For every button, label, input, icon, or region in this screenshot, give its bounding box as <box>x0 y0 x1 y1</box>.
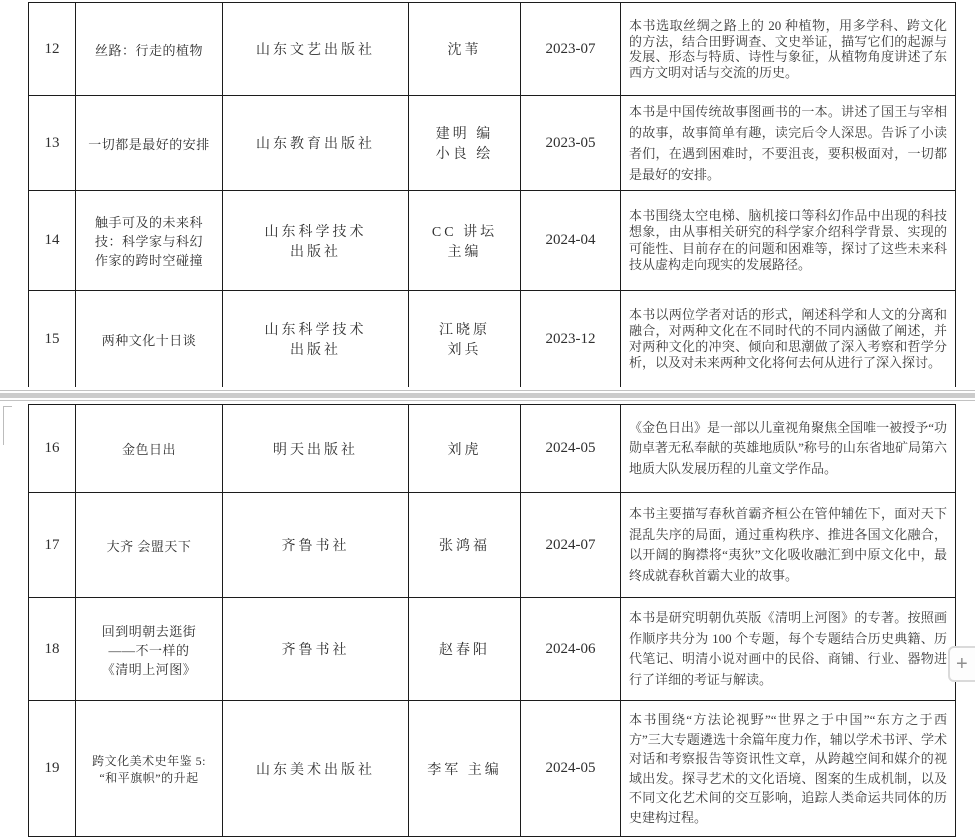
cell-number[interactable]: 19 <box>29 701 76 837</box>
table-row: 17 大齐 会盟天下 齐鲁书社 张鸿福 2024-07 本书主要描写春秋首霸齐桓… <box>29 493 956 598</box>
cell-publisher[interactable]: 山东文艺出版社 <box>223 3 409 96</box>
cell-title[interactable]: 一切都是最好的安排 <box>76 96 223 191</box>
cell-date[interactable]: 2023-07 <box>521 3 621 96</box>
cell-number[interactable]: 16 <box>29 405 76 493</box>
cell-publisher[interactable]: 山东教育出版社 <box>223 96 409 191</box>
cell-description[interactable]: 《金色日出》是一部以儿童视角聚焦全国唯一被授予“功勋卓著无私奉献的英雄地质队”称… <box>621 405 956 493</box>
cell-description[interactable]: 本书围绕太空电梯、脑机接口等科幻作品中出现的科技想象，由从事相关研究的科学家介绍… <box>621 191 956 291</box>
cell-author[interactable]: 建明 编 小良 绘 <box>409 96 521 191</box>
page-break-band <box>0 393 975 398</box>
page-break-line-top <box>0 390 975 391</box>
cell-author[interactable]: 沈苇 <box>409 3 521 96</box>
cell-publisher[interactable]: 山东美术出版社 <box>223 701 409 837</box>
page-break-indicator <box>0 387 975 404</box>
cell-number[interactable]: 18 <box>29 598 76 701</box>
cell-description[interactable]: 本书选取丝绸之路上的 20 种植物，用多学科、跨文化的方法，结合田野调查、文史举… <box>621 3 956 96</box>
table-row: 13 一切都是最好的安排 山东教育出版社 建明 编 小良 绘 2023-05 本… <box>29 96 956 191</box>
cell-description[interactable]: 本书以两位学者对话的形式，阐述科学和人文的分离和融合，对两种文化在不同时代的不同… <box>621 291 956 388</box>
cell-title[interactable]: 触手可及的未来科 技：科学家与科幻 作家的跨时空碰撞 <box>76 191 223 291</box>
cell-title[interactable]: 回到明朝去逛街 ——不一样的 《清明上河图》 <box>76 598 223 701</box>
cell-publisher[interactable]: 山东科学技术 出版社 <box>223 291 409 388</box>
cell-publisher[interactable]: 山东科学技术 出版社 <box>223 191 409 291</box>
table-row: 15 两种文化十日谈 山东科学技术 出版社 江晓原 刘兵 2023-12 本书以… <box>29 291 956 388</box>
table-row: 19 跨文化美术史年鉴 5: “和平旗帜”的升起 山东美术出版社 李军 主编 2… <box>29 701 956 837</box>
cell-description[interactable]: 本书是研究明朝仇英版《清明上河图》的专著。按照画作顺序共分为 100 个专题，每… <box>621 598 956 701</box>
cell-title[interactable]: 两种文化十日谈 <box>76 291 223 388</box>
cell-title[interactable]: 金色日出 <box>76 405 223 493</box>
table-row: 12 丝路：行走的植物 山东文艺出版社 沈苇 2023-07 本书选取丝绸之路上… <box>29 3 956 96</box>
cell-date[interactable]: 2024-05 <box>521 701 621 837</box>
cell-author[interactable]: 江晓原 刘兵 <box>409 291 521 388</box>
cell-date[interactable]: 2024-06 <box>521 598 621 701</box>
cell-date[interactable]: 2024-07 <box>521 493 621 598</box>
books-table-page1: 12 丝路：行走的植物 山东文艺出版社 沈苇 2023-07 本书选取丝绸之路上… <box>28 2 956 388</box>
cell-description[interactable]: 本书主要描写春秋首霸齐桓公在管仲辅佐下，面对天下混乱失序的局面，通过重构秩序、推… <box>621 493 956 598</box>
cell-number[interactable]: 14 <box>29 191 76 291</box>
cell-date[interactable]: 2023-12 <box>521 291 621 388</box>
cell-description[interactable]: 本书围绕“方法论视野”“世界之于中国”“东方之于西方”三大专题遴选十余篇年度力作… <box>621 701 956 837</box>
cell-number[interactable]: 17 <box>29 493 76 598</box>
document-page: { "table": { "rows": [ { "num": "12", "t… <box>0 0 975 838</box>
cell-date[interactable]: 2024-05 <box>521 405 621 493</box>
cell-title[interactable]: 大齐 会盟天下 <box>76 493 223 598</box>
page-break-line-bottom <box>0 400 975 401</box>
cell-publisher[interactable]: 齐鲁书社 <box>223 493 409 598</box>
cell-author[interactable]: 李军 主编 <box>409 701 521 837</box>
cell-author[interactable]: 张鸿福 <box>409 493 521 598</box>
cell-author[interactable]: CC 讲坛 主编 <box>409 191 521 291</box>
cell-number[interactable]: 15 <box>29 291 76 388</box>
cell-title[interactable]: 跨文化美术史年鉴 5: “和平旗帜”的升起 <box>76 701 223 837</box>
books-table-page2: 16 金色日出 明天出版社 刘虎 2024-05 《金色日出》是一部以儿童视角聚… <box>28 404 956 837</box>
cell-publisher[interactable]: 明天出版社 <box>223 405 409 493</box>
cell-title[interactable]: 丝路：行走的植物 <box>76 3 223 96</box>
table-row: 18 回到明朝去逛街 ——不一样的 《清明上河图》 齐鲁书社 赵春阳 2024-… <box>29 598 956 701</box>
cell-number[interactable]: 13 <box>29 96 76 191</box>
cell-number[interactable]: 12 <box>29 3 76 96</box>
cell-date[interactable]: 2024-04 <box>521 191 621 291</box>
table-row: 14 触手可及的未来科 技：科学家与科幻 作家的跨时空碰撞 山东科学技术 出版社… <box>29 191 956 291</box>
cell-author[interactable]: 赵春阳 <box>409 598 521 701</box>
cell-date[interactable]: 2023-05 <box>521 96 621 191</box>
add-button[interactable]: + <box>948 646 975 682</box>
table-row: 16 金色日出 明天出版社 刘虎 2024-05 《金色日出》是一部以儿童视角聚… <box>29 405 956 493</box>
cell-publisher[interactable]: 齐鲁书社 <box>223 598 409 701</box>
cell-author[interactable]: 刘虎 <box>409 405 521 493</box>
cell-description[interactable]: 本书是中国传统故事图画书的一本。讲述了国王与宰相的故事，故事简单有趣，读完后令人… <box>621 96 956 191</box>
text-boundary-mark <box>3 406 12 445</box>
